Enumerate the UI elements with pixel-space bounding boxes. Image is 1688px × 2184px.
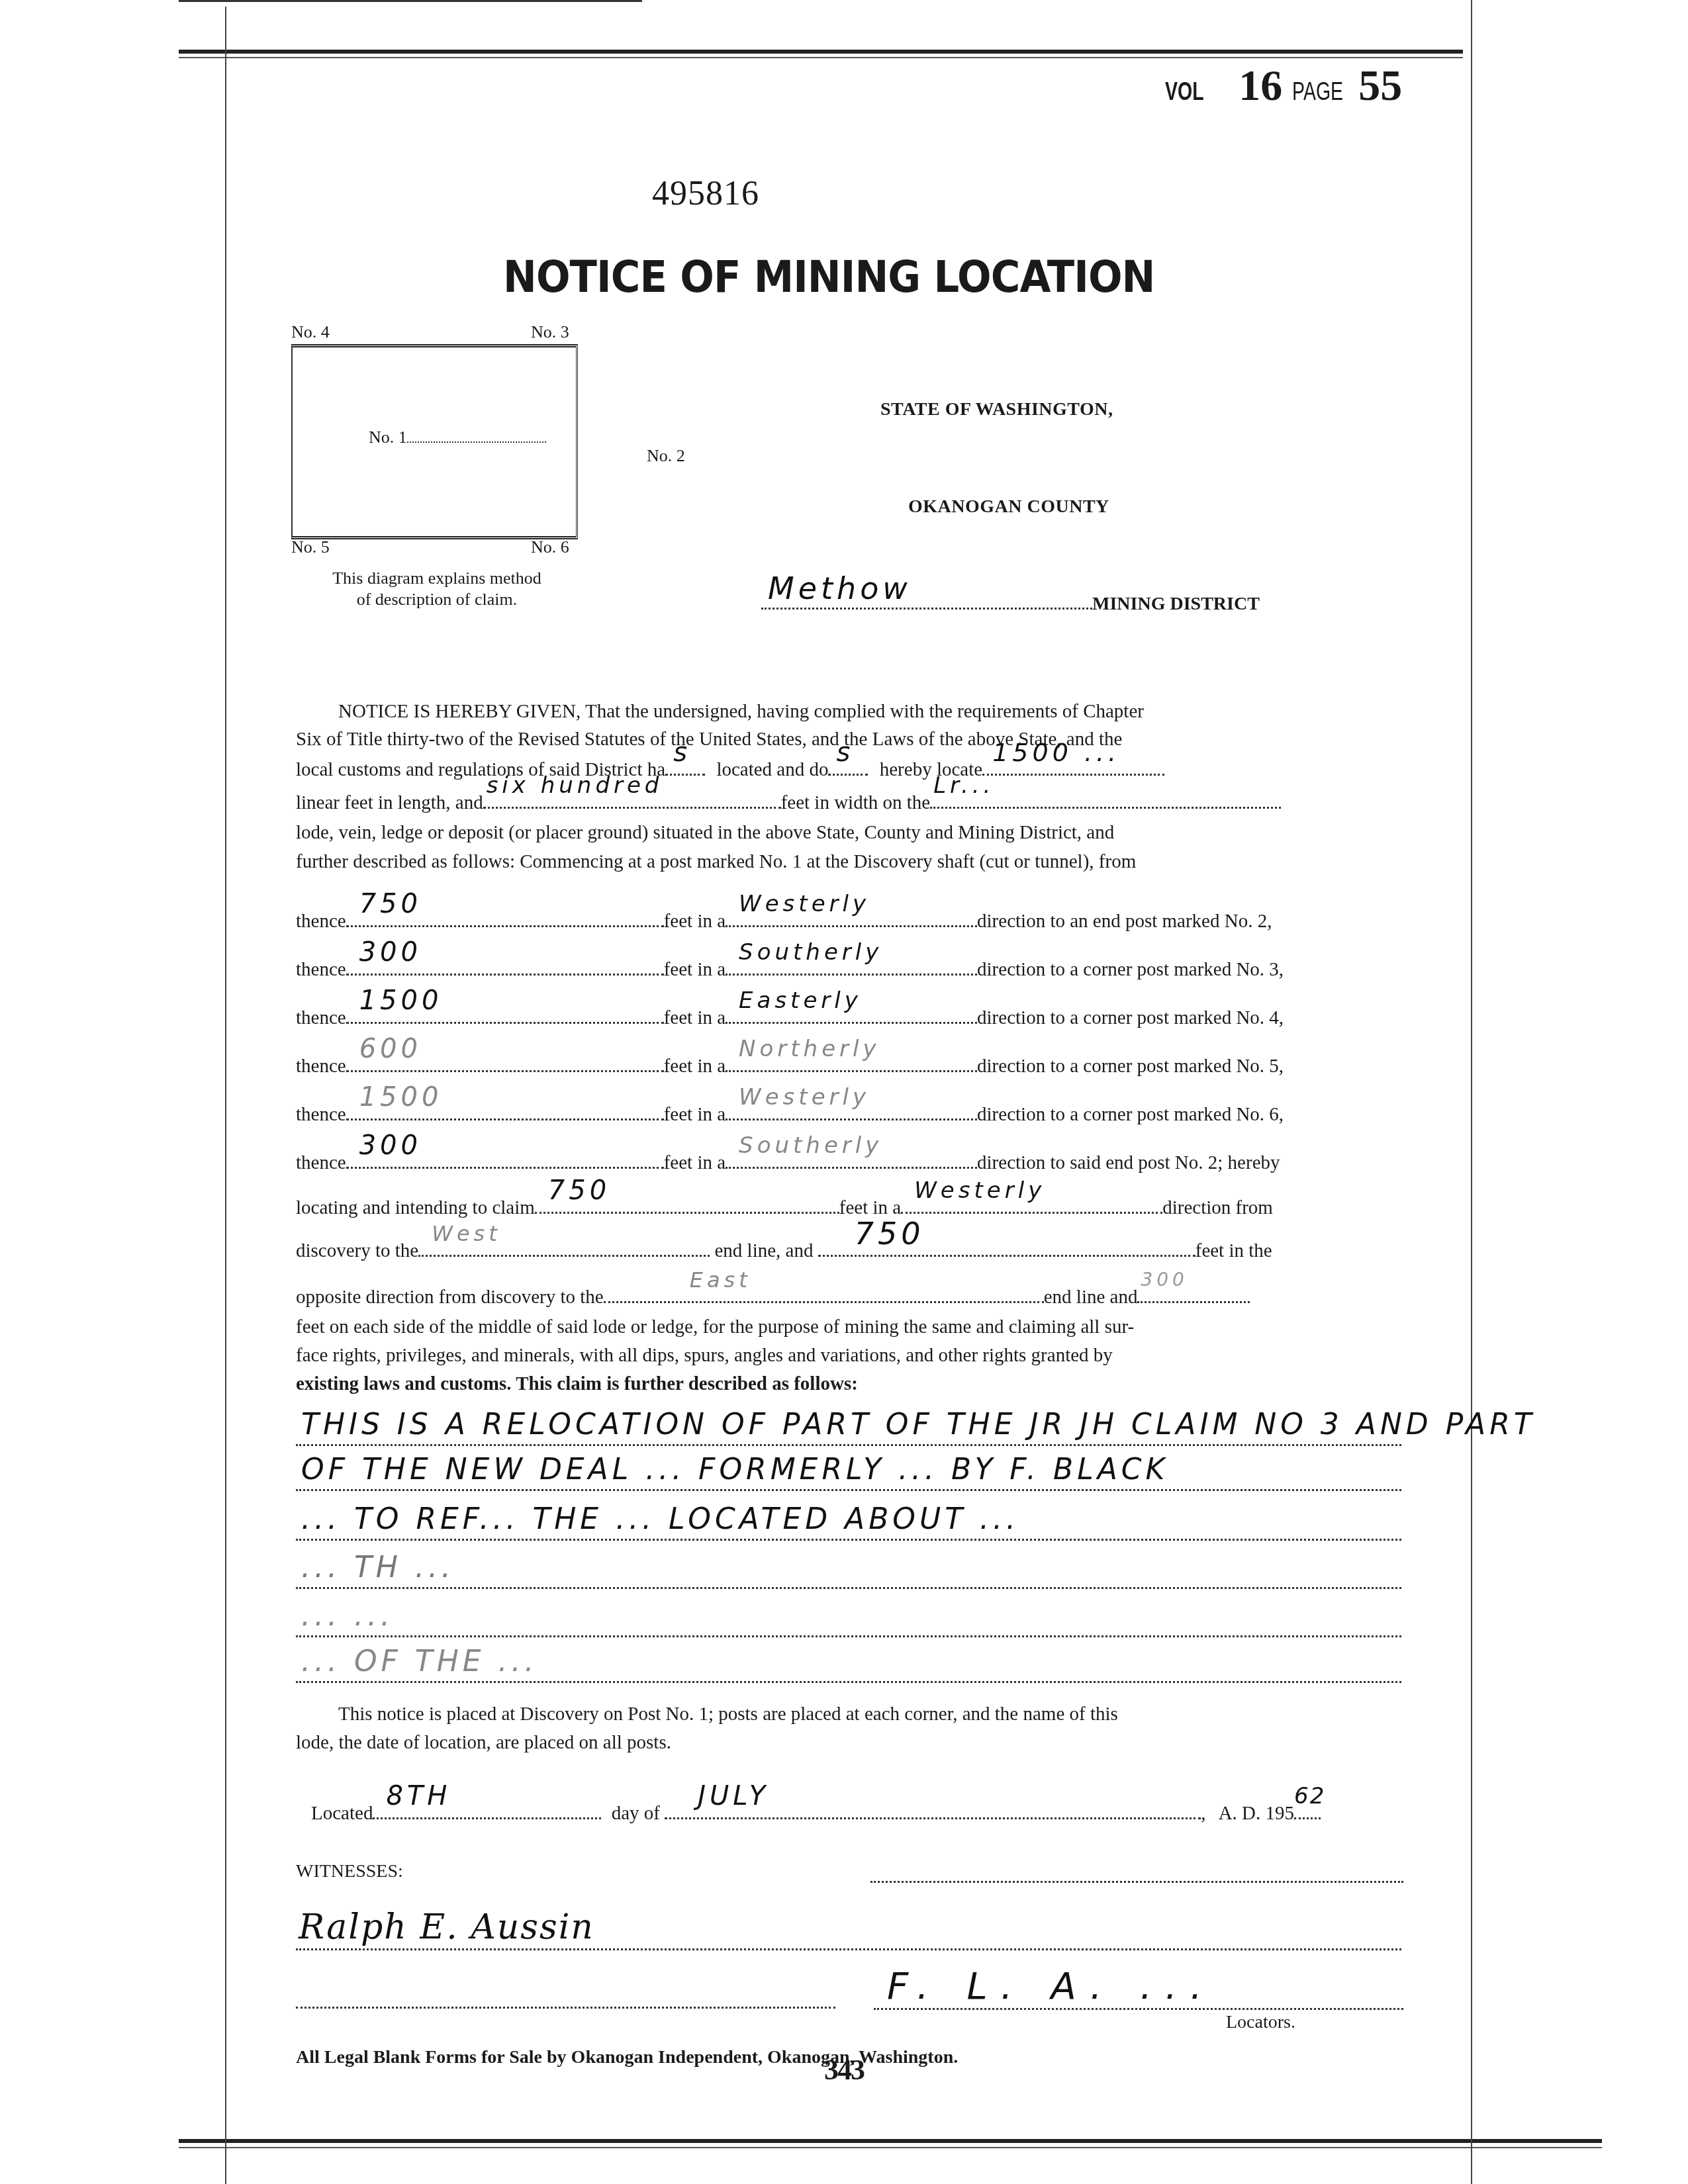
direction-field: Easterly bbox=[726, 1002, 977, 1024]
course-mid: feet in a bbox=[664, 1152, 726, 1173]
distance-value: 1500 bbox=[359, 1077, 443, 1117]
does-field: s bbox=[828, 754, 868, 776]
description-line: ... TO REF... THE ... LOCATED ABOUT ... bbox=[296, 1500, 1401, 1541]
lode-name-value: Lr... bbox=[933, 766, 994, 805]
distance-value: 300 bbox=[359, 1126, 422, 1165]
direction-field: Westerly bbox=[726, 905, 977, 927]
distance-value: 1500 bbox=[359, 981, 443, 1021]
side-feet-field: 300 bbox=[1137, 1281, 1250, 1303]
description-text: THIS IS A RELOCATION OF PART OF THE JR J… bbox=[301, 1408, 1536, 1441]
center-label-text: No. 1 bbox=[369, 428, 407, 447]
description-text: ... TO REF... THE ... LOCATED ABOUT ... bbox=[301, 1502, 1019, 1536]
vol-number: 16 bbox=[1239, 62, 1282, 110]
claim-text-2c: feet in the bbox=[1196, 1240, 1272, 1261]
day-of-label: day of bbox=[612, 1803, 660, 1824]
description-text: ... OF THE ... bbox=[301, 1645, 538, 1678]
claim-text-3b: end line and bbox=[1044, 1287, 1138, 1308]
top-border-rule-thin bbox=[179, 57, 1463, 58]
top-edge-rule bbox=[179, 0, 642, 2]
claim-text-1c: direction from bbox=[1162, 1197, 1273, 1218]
locator-signature-line: F. L. A. ... bbox=[874, 1972, 1403, 2010]
notice-text-4b: feet in width on the bbox=[781, 792, 931, 813]
course-suffix: direction to a corner post marked No. 5, bbox=[977, 1056, 1284, 1077]
distance-value: 300 bbox=[359, 933, 422, 972]
direction-value: Northerly bbox=[739, 1029, 880, 1069]
bottom-border-rule-thin bbox=[179, 2147, 1602, 2148]
diagram-caption: This diagram explains method of descript… bbox=[291, 568, 583, 610]
right-border-rule bbox=[1471, 0, 1472, 2184]
corner-label-no4: No. 4 bbox=[291, 322, 330, 342]
claim-text-4: feet on each side of the middle of said … bbox=[296, 1316, 1134, 1338]
length-field: 1500 ... bbox=[982, 754, 1164, 776]
located-date-line: Located8TH day of JULY, A. D. 19562 bbox=[311, 1794, 1417, 1833]
end-line-value: West bbox=[432, 1214, 501, 1253]
distance-value: 750 bbox=[359, 884, 422, 924]
length-value: 1500 ... bbox=[992, 733, 1120, 772]
notice-text-3b: located and do bbox=[716, 759, 828, 780]
distance-field: 1500 bbox=[346, 1002, 664, 1024]
comma: , bbox=[1201, 1803, 1205, 1824]
left-border-rule bbox=[225, 7, 226, 2184]
ad-label: A. D. 195 bbox=[1219, 1803, 1294, 1824]
course-mid: feet in a bbox=[664, 911, 726, 932]
year-field: 62 bbox=[1294, 1797, 1321, 1819]
claim-text-2b: end line, and bbox=[714, 1240, 813, 1261]
distance-field: 300 bbox=[346, 954, 664, 976]
opposite-end-field: East bbox=[604, 1281, 1044, 1303]
claim-feet-value: 750 bbox=[548, 1171, 610, 1210]
state-heading: STATE OF WASHINGTON, bbox=[880, 399, 1113, 420]
description-text: OF THE NEW DEAL ... FORMERLY ... BY F. B… bbox=[301, 1453, 1168, 1486]
notice-text-6: further described as follows: Commencing… bbox=[296, 851, 1136, 872]
distance-field: 300 bbox=[346, 1147, 664, 1169]
side-feet-value: 300 bbox=[1141, 1260, 1188, 1300]
opposite-end-value: East bbox=[690, 1260, 751, 1300]
has-field: s bbox=[665, 754, 705, 776]
recorder-stamp-number: 343 bbox=[824, 2053, 864, 2087]
notice-line-6: further described as follows: Commencing… bbox=[296, 842, 1401, 882]
lode-name-field: Lr... bbox=[930, 787, 1281, 809]
located-label: Located bbox=[311, 1803, 373, 1824]
notice-text-4a: linear feet in length, and bbox=[296, 792, 483, 813]
description-text: ... ... bbox=[301, 1599, 394, 1633]
district-value: Methow bbox=[768, 570, 912, 606]
description-line: ... OF THE ... bbox=[296, 1643, 1401, 1683]
side-label-no2: No. 2 bbox=[647, 446, 685, 466]
distance-field: 600 bbox=[346, 1050, 664, 1072]
mining-district-line: Methow MINING DISTRICT bbox=[761, 588, 1260, 615]
claim-line-6: existing laws and customs. This claim is… bbox=[296, 1364, 1401, 1404]
signature-line-bottom-left bbox=[296, 2007, 835, 2009]
description-line: ... ... bbox=[296, 1597, 1401, 1637]
located-day-field: 8TH bbox=[373, 1797, 601, 1819]
volume-page-stamp: VOL 16 PAGE 55 bbox=[1165, 61, 1402, 114]
end-line-field: West bbox=[418, 1235, 710, 1257]
district-label: MINING DISTRICT bbox=[1092, 594, 1260, 614]
direction-value: Southerly bbox=[739, 1126, 882, 1165]
direction-value: Southerly bbox=[739, 933, 882, 972]
course-suffix: direction to a corner post marked No. 3, bbox=[977, 959, 1284, 980]
direction-field: Westerly bbox=[726, 1099, 977, 1120]
diagram-caption-line2: of description of claim. bbox=[291, 589, 583, 610]
page-title: NOTICE OF MINING LOCATION bbox=[503, 251, 1155, 302]
claim-text-6: existing laws and customs. This claim is… bbox=[296, 1373, 858, 1394]
locator-signature: F. L. A. ... bbox=[887, 1965, 1215, 2008]
description-line: THIS IS A RELOCATION OF PART OF THE JR J… bbox=[296, 1406, 1401, 1446]
top-border-rule bbox=[179, 50, 1463, 54]
course-prefix: thence bbox=[296, 1007, 346, 1028]
located-month-field: JULY bbox=[665, 1797, 1201, 1819]
course-mid: feet in a bbox=[664, 1056, 726, 1077]
claim-text-2a: discovery to the bbox=[296, 1240, 418, 1261]
course-prefix: thence bbox=[296, 1056, 346, 1077]
notice-text-5: lode, vein, ledge or deposit (or placer … bbox=[296, 822, 1114, 843]
county-heading: OKANOGAN COUNTY bbox=[908, 496, 1109, 518]
course-row: thence300feet in aSoutherlydirection to … bbox=[296, 1143, 1401, 1183]
district-field: Methow bbox=[761, 588, 1092, 610]
witnesses-label: WITNESSES: bbox=[296, 1861, 403, 1882]
direction-value: Westerly bbox=[739, 1077, 870, 1117]
course-mid: feet in a bbox=[664, 1104, 726, 1125]
course-suffix: direction to an end post marked No. 2, bbox=[977, 911, 1272, 932]
located-day-value: 8TH bbox=[386, 1776, 451, 1816]
claim-text-5: face rights, privileges, and minerals, w… bbox=[296, 1345, 1113, 1366]
width-field: six hundred bbox=[483, 787, 781, 809]
opposite-feet-field: 750 bbox=[818, 1235, 1196, 1257]
corner-label-no5: No. 5 bbox=[291, 537, 330, 557]
distance-field: 750 bbox=[346, 905, 664, 927]
description-text: ... TH ... bbox=[301, 1551, 455, 1584]
direction-value: Westerly bbox=[739, 884, 870, 924]
course-mid: feet in a bbox=[664, 1007, 726, 1028]
signature-line-top-right bbox=[870, 1881, 1403, 1883]
course-prefix: thence bbox=[296, 1104, 346, 1125]
course-suffix: direction to a corner post marked No. 6, bbox=[977, 1104, 1284, 1125]
course-prefix: thence bbox=[296, 911, 346, 932]
document-number: 495816 bbox=[652, 174, 759, 213]
description-line: ... TH ... bbox=[296, 1549, 1401, 1589]
distance-value: 600 bbox=[359, 1029, 422, 1069]
course-prefix: thence bbox=[296, 959, 346, 980]
direction-value: Easterly bbox=[739, 981, 862, 1021]
opposite-feet-value: 750 bbox=[855, 1214, 925, 1253]
description-line: OF THE NEW DEAL ... FORMERLY ... BY F. B… bbox=[296, 1451, 1401, 1491]
width-value: six hundred bbox=[487, 766, 663, 805]
has-value: s bbox=[673, 733, 691, 772]
center-label-no1: No. 1 bbox=[369, 428, 546, 447]
page-label: PAGE bbox=[1292, 78, 1343, 107]
claim-line-2: discovery to theWest end line, and 750fe… bbox=[296, 1231, 1401, 1271]
page-number: 55 bbox=[1358, 62, 1402, 110]
course-suffix: direction to a corner post marked No. 4, bbox=[977, 1007, 1284, 1028]
direction-field: Southerly bbox=[726, 1147, 977, 1169]
direction-field: Southerly bbox=[726, 954, 977, 976]
year-suffix-value: 62 bbox=[1294, 1776, 1325, 1816]
claim-feet-field: 750 bbox=[535, 1192, 839, 1214]
posting-text-2: lode, the date of location, are placed o… bbox=[296, 1732, 671, 1753]
corner-label-no3: No. 3 bbox=[531, 322, 569, 342]
locators-label: Locators. bbox=[1226, 2012, 1295, 2033]
posting-text-1: This notice is placed at Discovery on Po… bbox=[338, 1704, 1118, 1725]
does-value: s bbox=[836, 733, 854, 772]
vol-label: VOL bbox=[1165, 78, 1204, 107]
located-month-value: JULY bbox=[698, 1776, 769, 1816]
claim-text-3a: opposite direction from discovery to the bbox=[296, 1287, 604, 1308]
claim-direction-value: Westerly bbox=[914, 1171, 1045, 1210]
witness-signature-line: Ralph E. Aussin bbox=[296, 1919, 1401, 1950]
course-prefix: thence bbox=[296, 1152, 346, 1173]
course-mid: feet in a bbox=[664, 959, 726, 980]
bottom-border-rule bbox=[179, 2139, 1602, 2143]
claim-direction-field: Westerly bbox=[901, 1192, 1162, 1214]
distance-field: 1500 bbox=[346, 1099, 664, 1120]
corner-label-no6: No. 6 bbox=[531, 537, 569, 557]
diagram-caption-line1: This diagram explains method bbox=[291, 568, 583, 589]
direction-field: Northerly bbox=[726, 1050, 977, 1072]
posting-line-2: lode, the date of location, are placed o… bbox=[296, 1723, 1401, 1762]
witness-signature: Ralph E. Aussin bbox=[299, 1907, 594, 1947]
